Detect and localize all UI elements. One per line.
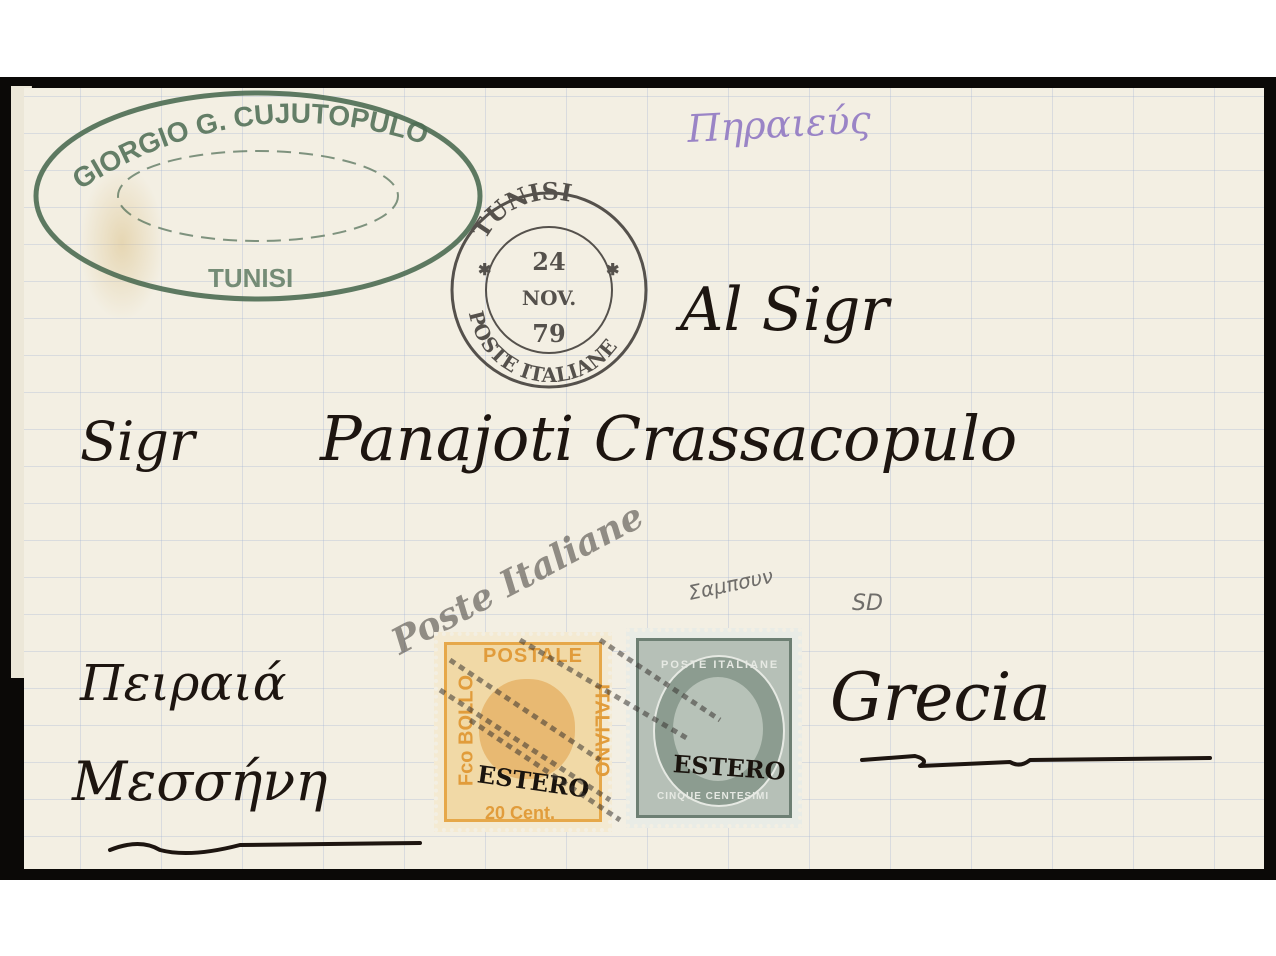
numeral-cancel	[0, 0, 1276, 956]
